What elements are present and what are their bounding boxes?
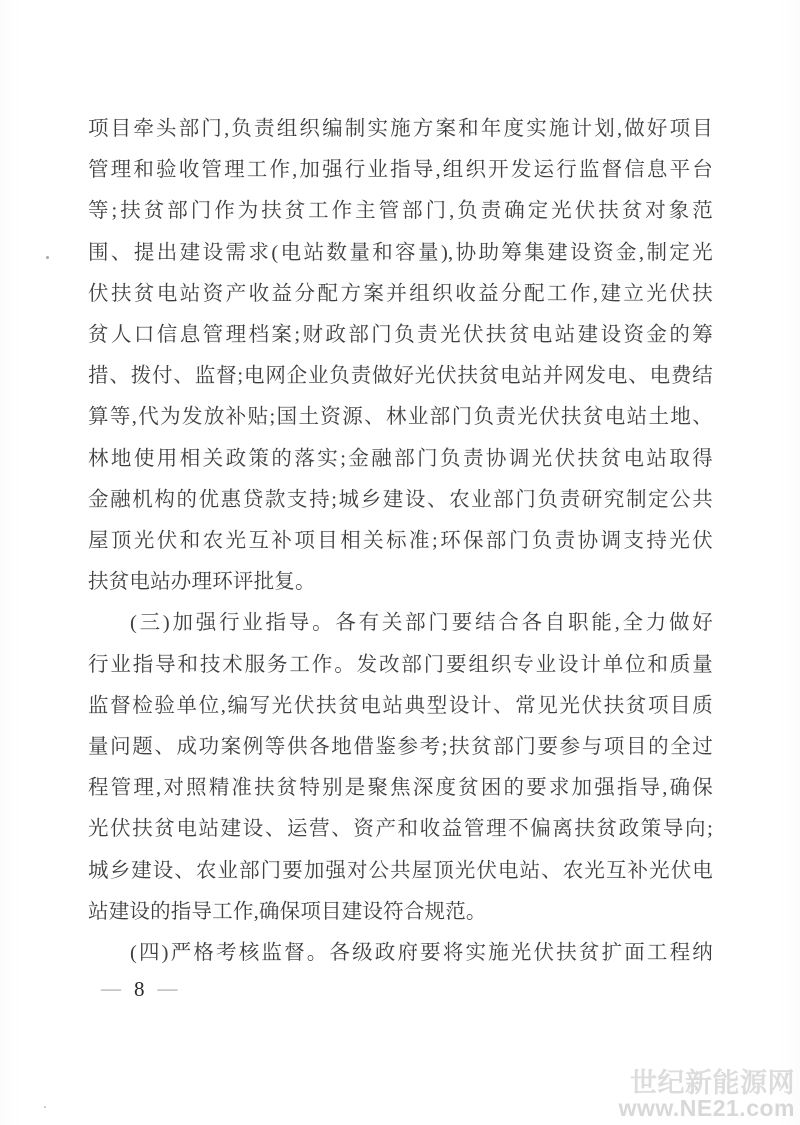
body-text-line: 伏扶贫电站资产收益分配方案并组织收益分配工作,建立光伏扶 <box>88 274 713 315</box>
body-text-line: 行业指导和技术服务工作。发改部门要组织专业设计单位和质量 <box>88 645 713 686</box>
page-number-dash-right: — <box>158 979 178 1000</box>
watermark-site-name: 世纪新能源网 <box>619 1070 795 1097</box>
body-text-line: 程管理,对照精准扶贫特别是聚焦深度贫困的要求加强指导,确保 <box>88 768 713 809</box>
body-text-line: (四)严格考核监督。各级政府要将实施光伏扶贫扩面工程纳 <box>88 933 713 974</box>
body-text-line: 监督检验单位,编写光伏扶贫电站典型设计、常见光伏扶贫项目质 <box>88 686 713 727</box>
page-number-dash-left: — <box>101 979 121 1000</box>
page-number-value: 8 <box>134 977 145 1002</box>
body-text-line: (三)加强行业指导。各有关部门要结合各自职能,全力做好 <box>88 603 713 644</box>
body-text-line: 措、拨付、监督;电网企业负责做好光伏扶贫电站并网发电、电费结 <box>88 356 713 397</box>
watermark: 世纪新能源网 www.NE21.com <box>619 1070 795 1119</box>
body-text-line: 城乡建设、农业部门要加强对公共屋顶光伏电站、农光互补光伏电 <box>88 851 713 892</box>
body-text-line: 扶贫电站办理环评批复。 <box>88 562 713 603</box>
document-page: 项目牵头部门,负责组织编制实施方案和年度实施计划,做好项目 管理和验收管理工作,… <box>0 0 800 1125</box>
body-text-line: 贫人口信息管理档案;财政部门负责光伏扶贫电站建设资金的筹 <box>88 315 713 356</box>
page-number: — 8 — <box>101 977 178 1002</box>
body-text-line: 量问题、成功案例等供各地借鉴参考;扶贫部门要参与项目的全过 <box>88 727 713 768</box>
body-text-line: 屋顶光伏和农光互补项目相关标准;环保部门负责协调支持光伏 <box>88 521 713 562</box>
body-text-line: 金融机构的优惠贷款支持;城乡建设、农业部门负责研究制定公共 <box>88 480 713 521</box>
body-text-line: 管理和验收管理工作,加强行业指导,组织开发运行监督信息平台 <box>88 150 713 191</box>
body-text-line: 等;扶贫部门作为扶贫工作主管部门,负责确定光伏扶贫对象范 <box>88 191 713 232</box>
body-text-line: 光伏扶贫电站建设、运营、资产和收益管理不偏离扶贫政策导向; <box>88 809 713 850</box>
scan-speck <box>44 1106 46 1108</box>
body-text-line: 项目牵头部门,负责组织编制实施方案和年度实施计划,做好项目 <box>88 109 713 150</box>
body-text-line: 围、提出建设需求(电站数量和容量),协助筹集建设资金,制定光 <box>88 233 713 274</box>
body-text-line: 站建设的指导工作,确保项目建设符合规范。 <box>88 892 713 933</box>
watermark-site-url: www.NE21.com <box>619 1097 795 1119</box>
document-body: 项目牵头部门,负责组织编制实施方案和年度实施计划,做好项目 管理和验收管理工作,… <box>88 109 713 974</box>
body-text-line: 林地使用相关政策的落实;金融部门负责协调光伏扶贫电站取得 <box>88 439 713 480</box>
body-text-line: 算等,代为发放补贴;国土资源、林业部门负责光伏扶贫电站土地、 <box>88 397 713 438</box>
scan-speck <box>46 256 49 259</box>
